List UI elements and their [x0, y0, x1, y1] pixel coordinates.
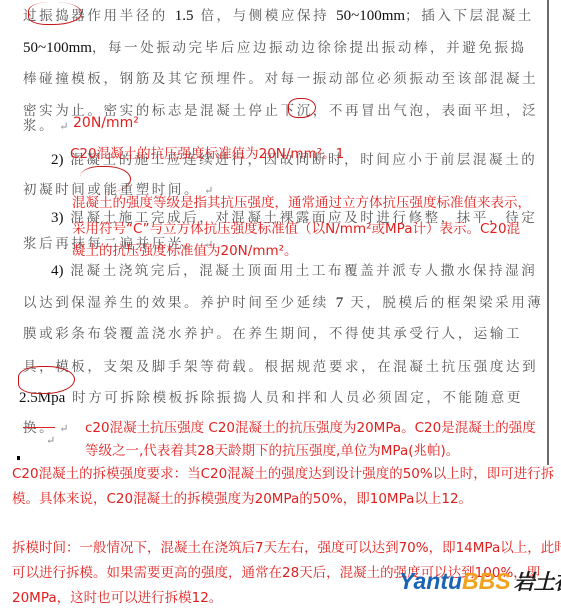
paragraph-mark-icon: ↵ — [59, 422, 68, 435]
doc-line: 棒碰撞模板，钢筋及其它预埋件。对每一振动部位必须振动至该部混凝土 — [23, 67, 538, 87]
doc-line: 2.5Mpa 时方可拆除模板拆除振捣人员和拌和人员必须固定，不能随意更 — [19, 386, 523, 407]
text-run: ，每一处振动完毕后应边振动边徐徐提出振动棒，并避免振捣 — [92, 40, 527, 56]
text-run: 50~100mm — [23, 40, 92, 56]
text-run: 天，脱模后的框架梁采用薄 — [343, 295, 543, 311]
c20-definition-line: c20混凝土抗压强度 C20混凝土的抗压强度为20MPa。C20是混凝土的强度 — [85, 416, 536, 436]
doc-line: 具，模板，支架及脚手架等荷载。根据规范要求，在混凝土抗压强度达到 — [23, 355, 538, 375]
list-number: 4) — [51, 263, 64, 279]
paragraph-mark-icon: ↵ — [46, 434, 55, 447]
c20-overlay-note: C20混凝土的抗压强度标准值为20N/mm²。1 — [70, 142, 344, 162]
text-run: 浆。 — [23, 118, 55, 134]
watermark-yantu: Yantu — [399, 568, 462, 594]
text-run: ；插入下层混凝土 — [405, 8, 534, 24]
text-run: 倍，与侧模应保持 — [194, 8, 337, 24]
text-run: 以达到保湿养生的效果。养护时间至少延续 — [23, 295, 336, 311]
empty-paragraph: ↵ — [42, 432, 55, 448]
doc-line: 4) 混凝土浇筑完后，混凝土顶面用土工布覆盖并派专人撒水保持湿润 — [51, 259, 537, 280]
text-run: 1.5 — [175, 8, 194, 24]
page-edge-divider — [547, 0, 549, 465]
grade-note-line: 凝土的抗压强度标准值为20N/mm²。 — [72, 239, 298, 259]
watermark-bbs: BBS — [462, 568, 511, 594]
text-run: 2.5Mpa — [19, 390, 65, 406]
watermark-cn: 岩土在线 — [514, 570, 561, 594]
yantu-watermark-logo: YantuBBS岩土在线 — [399, 566, 561, 596]
doc-line: 过振捣器作用半径的 1.5 倍，与侧模应保持 50~100mm；插入下层混凝土 — [23, 4, 534, 25]
grade-note-line: 混凝土的强度等级是指其抗压强度，通常通过立方体抗压强度标准值来表示， — [72, 191, 531, 211]
timing-line: 20MPa，这时也可以进行拆模12。 — [12, 586, 222, 606]
list-number: 2) — [51, 152, 64, 168]
grade-note-line: 采用符号“C”与立方体抗压强度标准值（以N/mm²或MPa计）表示。C20混 — [72, 217, 520, 237]
document-page: 过振捣器作用半径的 1.5 倍，与侧模应保持 50~100mm；插入下层混凝土 … — [0, 0, 561, 614]
requirement-line: 模。具体来说，C20混凝土的拆模强度为20MPa的50%，即10MPa以上12。 — [12, 487, 472, 507]
list-number: 3) — [51, 210, 64, 226]
text-run: 过振捣器作用半径的 — [23, 8, 175, 24]
doc-line: 浆。↵ — [23, 114, 68, 134]
doc-line: 50~100mm，每一处振动完毕后应边振动边徐徐提出振动棒，并避免振捣 — [23, 36, 527, 57]
unit-note: 20N/mm² — [73, 115, 139, 131]
timing-line: 拆模时间：一般情况下，混凝土在浇筑后7天左右，强度可以达到70%，即14MPa以… — [12, 536, 561, 556]
bullet-dot — [17, 456, 20, 460]
paragraph-mark-icon: ↵ — [59, 120, 68, 133]
text-run: 混凝土浇筑完后，混凝土顶面用土工布覆盖并派专人撒水保持湿润 — [70, 263, 537, 279]
doc-line: 以达到保湿养生的效果。养护时间至少延续 7 天，脱模后的框架梁采用薄 — [23, 291, 543, 312]
requirement-line: C20混凝土的拆模强度要求：当C20混凝土的强度达到设计强度的50%以上时，即可… — [12, 462, 554, 482]
text-run: 50~100mm — [336, 8, 405, 24]
doc-line: 膜或彩条布袋覆盖浇水养护。在养生期间，不得使其承受行人，运输工 — [23, 322, 522, 342]
c20-definition-line: 等级之一,代表着其28天龄期下的抗压强度,单位为MPa(兆帕)。 — [85, 439, 459, 459]
text-run: 时方可拆除模板拆除振捣人员和拌和人员必须固定，不能随意更 — [65, 390, 523, 406]
